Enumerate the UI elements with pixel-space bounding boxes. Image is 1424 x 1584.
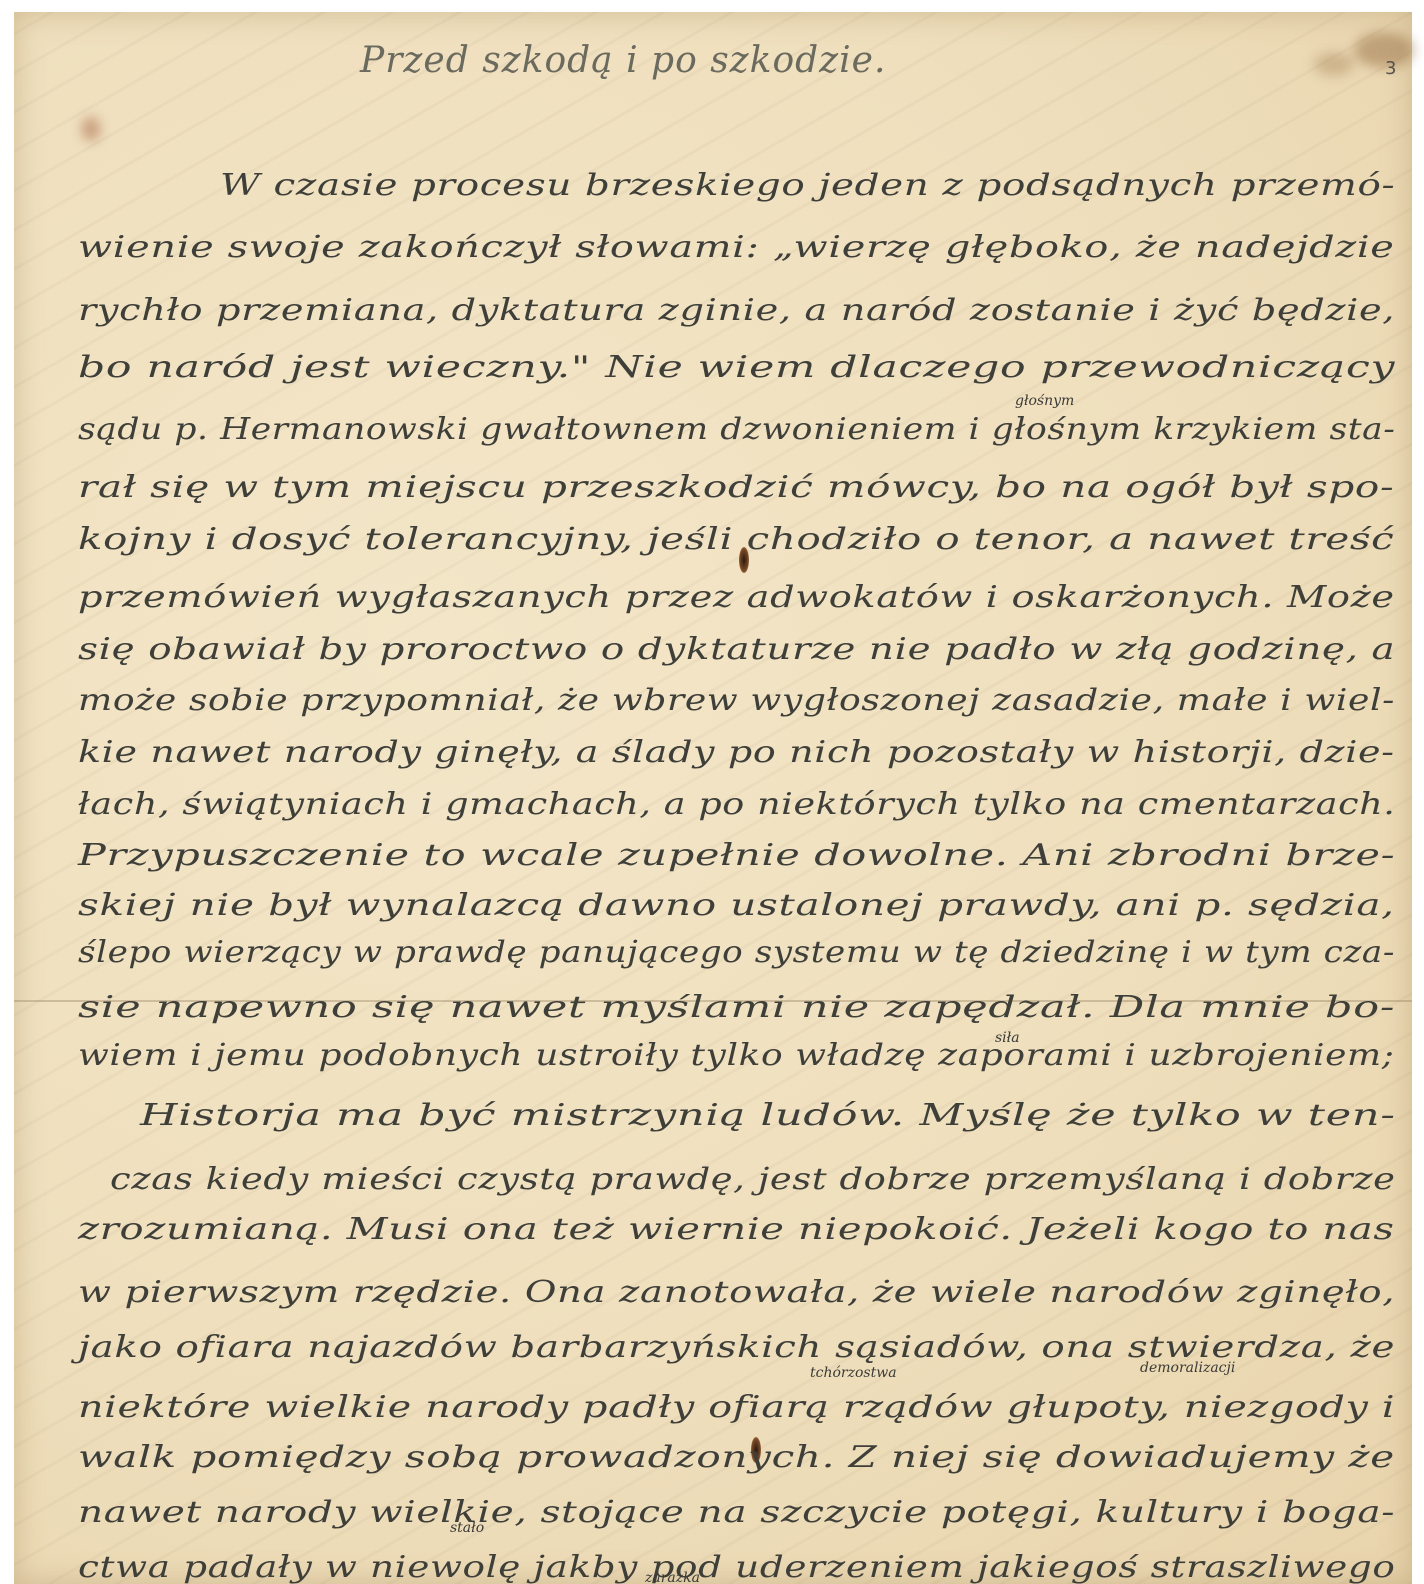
manuscript-line: Przypuszczenie to wcale zupełnie dowolne… bbox=[78, 838, 1395, 873]
manuscript-line: sądu p. Hermanowski gwałtownem dzwonieni… bbox=[78, 412, 1396, 447]
manuscript-line: czas kiedy mieści czystą prawdę, jest do… bbox=[110, 1162, 1395, 1197]
manuscript-line: bo naród jest wieczny." Nie wiem dlaczeg… bbox=[78, 350, 1395, 385]
manuscript-line: może sobie przypomniał, że wbrew wygłosz… bbox=[78, 683, 1395, 718]
manuscript-line: sie napewno się nawet myślami nie zapędz… bbox=[78, 990, 1395, 1025]
manuscript-line: wienie swoje zakończył słowami: „wierzę … bbox=[78, 230, 1395, 265]
manuscript-line: walk pomiędzy sobą prowadzonych. Z niej … bbox=[78, 1440, 1395, 1475]
interlinear-note: siła bbox=[995, 1030, 1020, 1046]
manuscript-line: rychło przemiana, dyktatura zginie, a na… bbox=[78, 293, 1395, 328]
interlinear-note: demoralizacji bbox=[1140, 1360, 1235, 1376]
page-title: Przed szkodą i po szkodzie. bbox=[360, 40, 886, 81]
interlinear-note: zarazka bbox=[645, 1570, 700, 1584]
manuscript-line: W czasie procesu brzeskiego jeden z pods… bbox=[220, 168, 1395, 203]
interlinear-note: głośnym bbox=[1015, 393, 1074, 409]
manuscript-line: się obawiał by proroctwo o dyktaturze ni… bbox=[78, 632, 1395, 667]
interlinear-note: stało bbox=[450, 1520, 484, 1536]
manuscript-line: Historja ma być mistrzynią ludów. Myślę … bbox=[140, 1098, 1396, 1133]
manuscript-line: kojny i dosyć tolerancyjny, jeśli chodzi… bbox=[78, 522, 1394, 557]
manuscript-line: wiem i jemu podobnych ustroiły tylko wła… bbox=[78, 1038, 1394, 1073]
ink-stain-top-right-2 bbox=[1314, 52, 1354, 76]
ink-stain-top-right bbox=[1354, 32, 1414, 68]
manuscript-line: zrozumianą. Musi ona też wiernie niepoko… bbox=[78, 1212, 1395, 1247]
manuscript-line: łach, świątyniach i gmachach, a po niekt… bbox=[78, 787, 1396, 822]
manuscript-line: w pierwszym rzędzie. Ona zanotowała, że … bbox=[78, 1275, 1395, 1310]
interlinear-note: tchórzostwa bbox=[810, 1365, 897, 1381]
manuscript-line: skiej nie był wynalazcą dawno ustalonej … bbox=[78, 888, 1395, 923]
manuscript-line: kie nawet narody ginęły, a ślady po nich… bbox=[78, 735, 1395, 770]
manuscript-line: ctwa padały w niewolę jakby pod uderzeni… bbox=[78, 1550, 1396, 1584]
stain-left-margin bbox=[82, 117, 100, 141]
manuscript-line: ślepo wierzący w prawdę panującego syste… bbox=[78, 935, 1395, 970]
manuscript-line: niektóre wielkie narody padły ofiarą rzą… bbox=[78, 1390, 1395, 1425]
manuscript-line: przemówień wygłaszanych przez adwokatów … bbox=[78, 580, 1395, 615]
manuscript-line: rał się w tym miejscu przeszkodzić mówcy… bbox=[78, 470, 1394, 505]
manuscript-line: nawet narody wielkie, stojące na szczyci… bbox=[78, 1495, 1395, 1530]
page-number: 3 bbox=[1385, 58, 1396, 79]
